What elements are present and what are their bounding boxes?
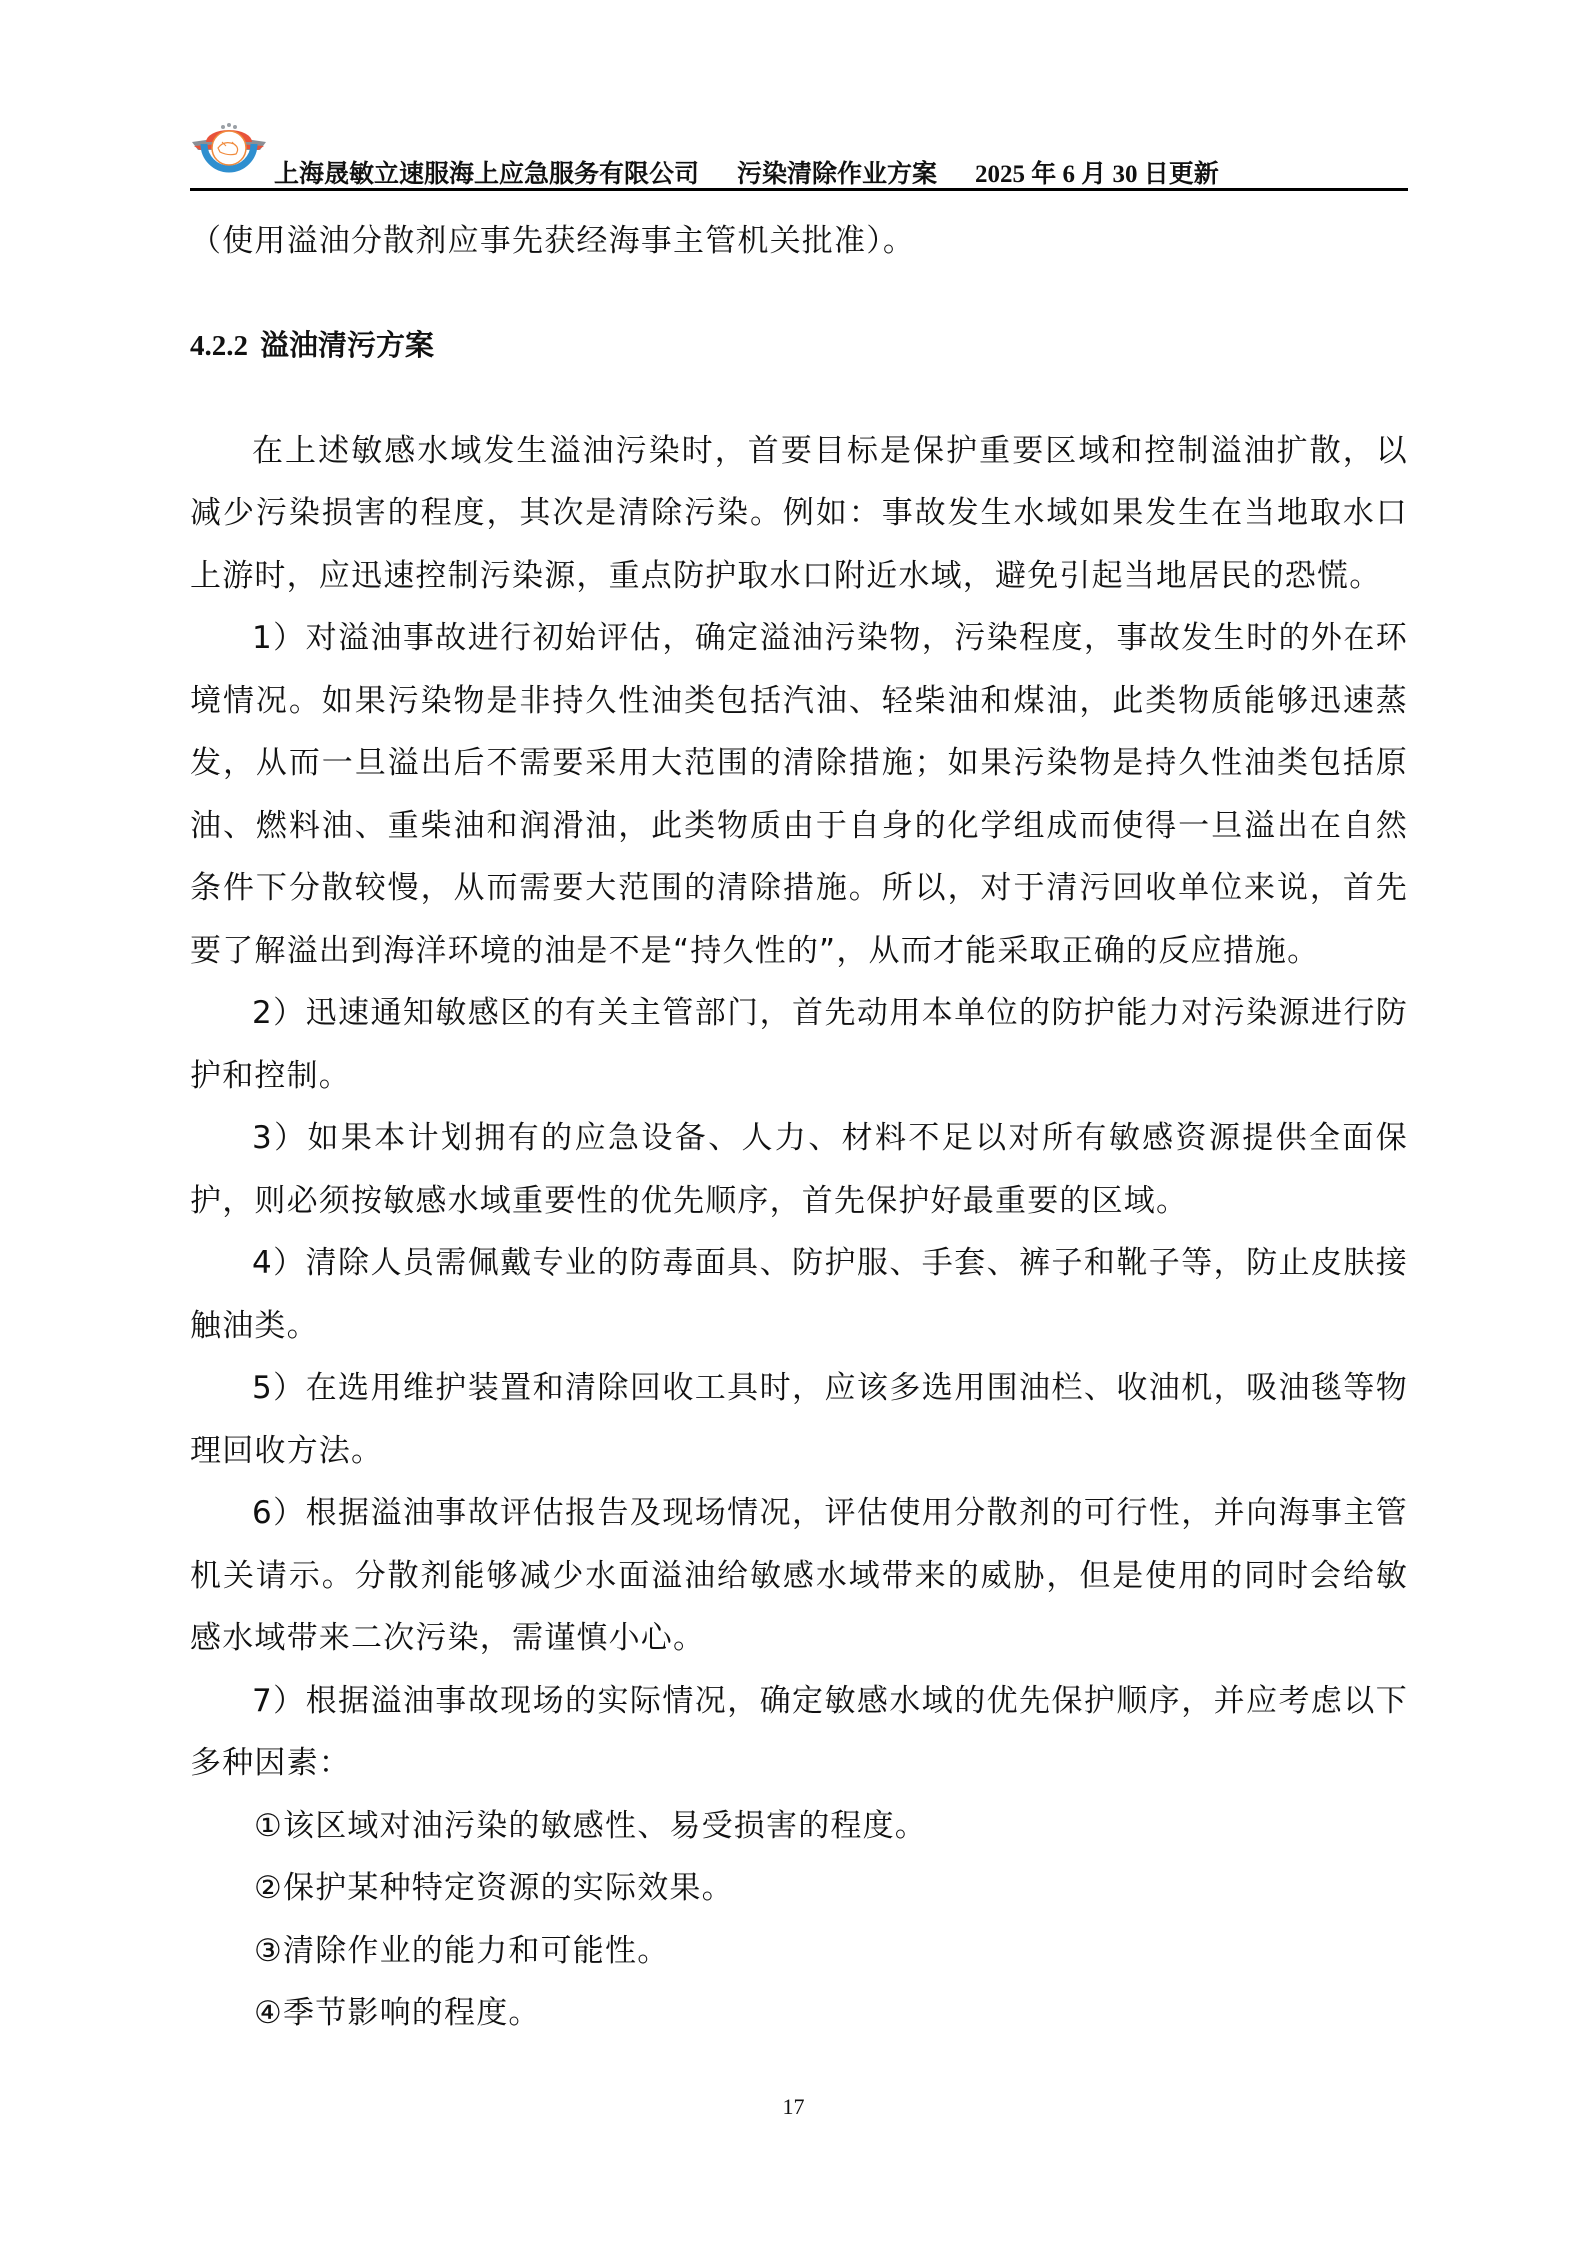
- factor-4: ④季节影响的程度。: [190, 1982, 1408, 2045]
- header-divider: [190, 188, 1408, 191]
- item-5: 5）在选用维护装置和清除回收工具时，应该多选用围油栏、收油机，吸油毯等物理回收方…: [190, 1357, 1408, 1482]
- item-1: 1）对溢油事故进行初始评估，确定溢油污染物，污染程度，事故发生时的外在环境情况。…: [190, 607, 1408, 982]
- item-6: 6）根据溢油事故评估报告及现场情况，评估使用分散剂的可行性，并向海事主管机关请示…: [190, 1482, 1408, 1670]
- factor-2: ②保护某种特定资源的实际效果。: [190, 1857, 1408, 1920]
- continuation-text: （使用溢油分散剂应事先获经海事主管机关批准）。: [190, 210, 1408, 273]
- page-header: 上海晟敏立速服海上应急服务有限公司污染清除作业方案2025 年 6 月 30 日…: [190, 114, 1408, 190]
- item-3: 3）如果本计划拥有的应急设备、人力、材料不足以对所有敏感资源提供全面保护，则必须…: [190, 1107, 1408, 1232]
- factor-1: ①该区域对油污染的敏感性、易受损害的程度。: [190, 1795, 1408, 1858]
- item-4: 4）清除人员需佩戴专业的防毒面具、防护服、手套、裤子和靴子等，防止皮肤接触油类。: [190, 1232, 1408, 1357]
- intro-paragraph: 在上述敏感水域发生溢油污染时，首要目标是保护重要区域和控制溢油扩散，以减少污染损…: [190, 420, 1408, 608]
- update-date: 2025 年 6 月 30 日更新: [975, 154, 1219, 190]
- item-2: 2）迅速通知敏感区的有关主管部门，首先动用本单位的防护能力对污染源进行防护和控制…: [190, 982, 1408, 1107]
- section-number: 4.2.2: [190, 330, 248, 362]
- section-heading: 4.2.2溢油清污方案: [190, 323, 1408, 364]
- section-title: 溢油清污方案: [260, 330, 434, 362]
- item-7: 7）根据溢油事故现场的实际情况，确定敏感水域的优先保护顺序，并应考虑以下多种因素…: [190, 1670, 1408, 1795]
- company-name: 上海晟敏立速服海上应急服务有限公司: [274, 154, 699, 190]
- company-logo-icon: [190, 120, 268, 182]
- factor-3: ③清除作业的能力和可能性。: [190, 1920, 1408, 1983]
- document-body: （使用溢油分散剂应事先获经海事主管机关批准）。 4.2.2溢油清污方案 在上述敏…: [190, 210, 1408, 2045]
- page-number: 17: [0, 2094, 1587, 2120]
- header-text: 上海晟敏立速服海上应急服务有限公司污染清除作业方案2025 年 6 月 30 日…: [274, 154, 1219, 190]
- document-title: 污染清除作业方案: [737, 154, 937, 190]
